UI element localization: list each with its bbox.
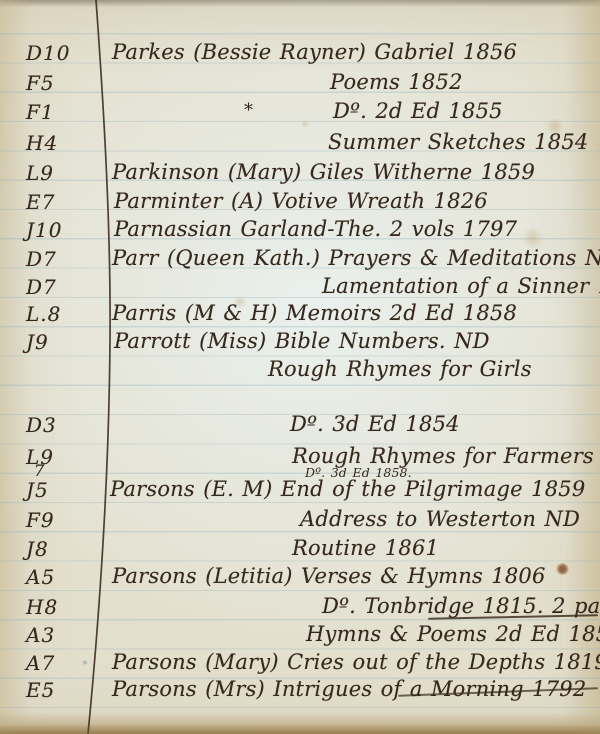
entry-title: Parnassian Garland-The. 2 vols 1797 bbox=[114, 217, 517, 241]
catalogue-entry: D7Parr (Queen Kath.) Prayers & Meditatio… bbox=[0, 246, 600, 274]
catalogue-entry: J5Parsons (E. M) End of the Pilgrimage 1… bbox=[0, 477, 600, 505]
catalogue-entry: F5Poems 1852 bbox=[0, 70, 600, 98]
catalogue-entry: Rough Rhymes for Girls bbox=[0, 357, 600, 385]
entry-title: Hymns & Poems 2d Ed 1852 bbox=[306, 622, 600, 646]
entry-title: Dº. 2d Ed 1855 bbox=[333, 99, 503, 123]
catalogue-entry: H8Dº. Tonbridge 1815. 2 parts bbox=[0, 594, 600, 622]
asterisk-mark: * bbox=[244, 100, 253, 121]
entry-title: Parkinson (Mary) Giles Witherne 1859 bbox=[112, 160, 535, 184]
catalogue-entry: F9Address to Westerton ND bbox=[0, 507, 600, 535]
shelf-mark: D7 bbox=[26, 275, 57, 299]
catalogue-entry: J8Routine 1861 bbox=[0, 536, 600, 564]
entry-title: Parrott (Miss) Bible Numbers. ND bbox=[114, 329, 490, 353]
catalogue-entry: H4Summer Sketches 1854 bbox=[0, 130, 600, 158]
catalogue-entry: E5Parsons (Mrs) Intrigues of a Morning 1… bbox=[0, 677, 600, 705]
shelf-mark: J10 bbox=[26, 218, 62, 242]
entry-title: Parr (Queen Kath.) Prayers & Meditations… bbox=[112, 246, 600, 270]
entry-title: Poems 1852 bbox=[330, 70, 463, 94]
shelf-mark: L.8 bbox=[26, 302, 61, 326]
catalogue-entry: D7Lamentation of a Sinner 1563 bbox=[0, 274, 600, 302]
shelf-mark: A5 bbox=[26, 565, 55, 589]
entry-title: Rough Rhymes for Girls bbox=[268, 357, 532, 381]
catalogue-entry: A3Hymns & Poems 2d Ed 1852 bbox=[0, 622, 600, 650]
catalogue-entry: L9Parkinson (Mary) Giles Witherne 1859 bbox=[0, 160, 600, 188]
catalogue-entry: A7Parsons (Mary) Cries out of the Depths… bbox=[0, 650, 600, 678]
catalogue-entry: J9Parrott (Miss) Bible Numbers. ND bbox=[0, 329, 600, 357]
entry-title: Parsons (Mary) Cries out of the Depths 1… bbox=[112, 650, 600, 674]
shelf-mark: A3 bbox=[26, 623, 55, 647]
entry-title: Parsons (E. M) End of the Pilgrimage 185… bbox=[110, 477, 585, 501]
shelf-mark: J5 bbox=[26, 478, 49, 502]
catalogue-entry: J10Parnassian Garland-The. 2 vols 1797 bbox=[0, 217, 600, 245]
shelf-mark: D3 bbox=[26, 413, 57, 437]
shelf-mark: H4 bbox=[26, 131, 58, 155]
shelf-mark: L9 bbox=[26, 161, 54, 185]
entry-title: Parminter (A) Votive Wreath 1826 bbox=[114, 189, 488, 213]
entry-title: Dº. Tonbridge 1815. 2 parts bbox=[322, 594, 600, 618]
entry-title: Dº. 3d Ed 1854 bbox=[290, 412, 460, 436]
catalogue-entry: E7Parminter (A) Votive Wreath 1826 bbox=[0, 189, 600, 217]
entry-title: Routine 1861 bbox=[292, 536, 439, 560]
entry-title: Summer Sketches 1854 bbox=[328, 130, 588, 154]
shelf-mark: H8 bbox=[26, 595, 58, 619]
shelf-mark: J9 bbox=[26, 330, 49, 354]
entry-title: Parkes (Bessie Rayner) Gabriel 1856 bbox=[112, 40, 517, 64]
entry-title: Parsons (Letitia) Verses & Hymns 1806 bbox=[112, 564, 546, 588]
catalogue-entry: A5Parsons (Letitia) Verses & Hymns 1806 bbox=[0, 564, 600, 592]
shelf-mark: F9 bbox=[26, 508, 55, 532]
entry-title: Parsons (Mrs) Intrigues of a Morning 179… bbox=[112, 677, 586, 701]
entry-title: Parris (M & H) Memoirs 2d Ed 1858 bbox=[112, 301, 517, 325]
shelf-mark: E7 bbox=[26, 190, 55, 214]
catalogue-entry: D3Dº. 3d Ed 1854 bbox=[0, 412, 600, 440]
shelf-mark: F5 bbox=[26, 71, 55, 95]
shelf-mark: D10 bbox=[26, 41, 70, 65]
shelf-mark: A7 bbox=[26, 651, 55, 675]
catalogue-entry: F1Dº. 2d Ed 1855 bbox=[0, 99, 600, 127]
catalogue-entry: D10Parkes (Bessie Rayner) Gabriel 1856 bbox=[0, 40, 600, 68]
page-bottom-edge bbox=[0, 724, 600, 734]
catalogue-page-scan: D10Parkes (Bessie Rayner) Gabriel 1856F5… bbox=[0, 0, 600, 734]
entry-title: Lamentation of a Sinner 1563 bbox=[322, 274, 600, 298]
entry-title: Address to Westerton ND bbox=[300, 507, 580, 531]
shelf-mark: E5 bbox=[26, 678, 55, 702]
shelf-mark: D7 bbox=[26, 247, 57, 271]
shelf-mark: F1 bbox=[26, 100, 55, 124]
catalogue-entry: L.8Parris (M & H) Memoirs 2d Ed 1858 bbox=[0, 301, 600, 329]
shelf-mark: J8 bbox=[26, 537, 49, 561]
